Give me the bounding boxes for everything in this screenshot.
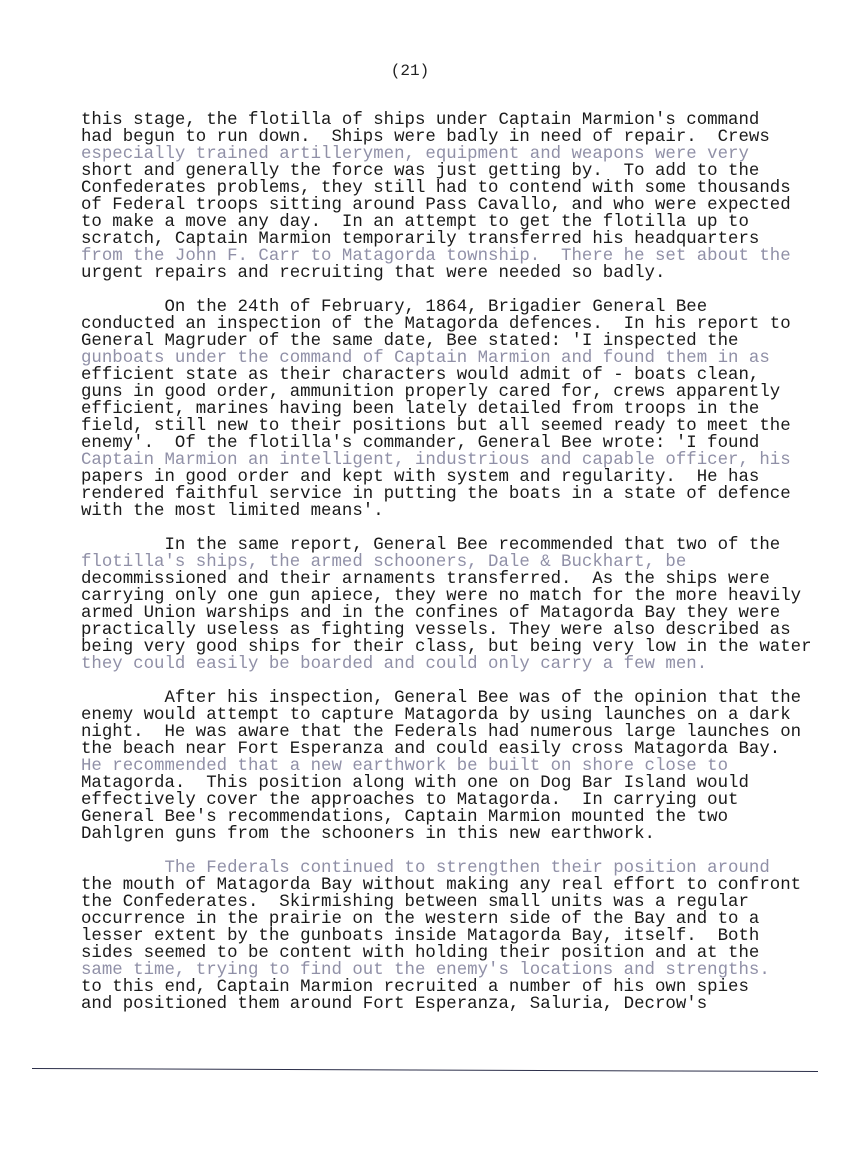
text-line: In the same report, General Bee recommen… [81, 537, 841, 554]
text-line: to this end, Captain Marmion recruited a… [81, 979, 841, 996]
text-line: Matagorda. This position along with one … [81, 775, 841, 792]
text-line: they could easily be boarded and could o… [81, 656, 841, 673]
text-line: from the John F. Carr to Matagorda towns… [81, 248, 841, 265]
text-line: He recommended that a new earthwork be b… [81, 758, 841, 775]
text-line: same time, trying to find out the enemy'… [81, 962, 841, 979]
text-line: with the most limited means'. [81, 503, 841, 520]
text-line: enemy would attempt to capture Matagorda… [81, 707, 841, 724]
paragraph-3: In the same report, General Bee recommen… [81, 537, 841, 673]
text-line: short and generally the force was just g… [81, 163, 841, 180]
paragraph-5: The Federals continued to strengthen the… [81, 860, 841, 1013]
text-line: had begun to run down. Ships were badly … [81, 129, 841, 146]
text-line: flotilla's ships, the armed schooners, D… [81, 554, 841, 571]
page-number: (21) [0, 62, 820, 80]
text-line: decommissioned and their arnaments trans… [81, 571, 841, 588]
text-line: of Federal troops sitting around Pass Ca… [81, 197, 841, 214]
text-line: General Bee's recommendations, Captain M… [81, 809, 841, 826]
text-line: The Federals continued to strengthen the… [81, 860, 841, 877]
text-line: rendered faithful service in putting the… [81, 486, 841, 503]
paragraph-2: On the 24th of February, 1864, Brigadier… [81, 299, 841, 520]
text-line: gunboats under the command of Captain Ma… [81, 350, 841, 367]
text-line: guns in good order, ammunition properly … [81, 384, 841, 401]
text-line: papers in good order and kept with syste… [81, 469, 841, 486]
text-line: sides seemed to be content with holding … [81, 945, 841, 962]
text-line: occurrence in the prairie on the western… [81, 911, 841, 928]
text-line: this stage, the flotilla of ships under … [81, 112, 841, 129]
text-line: effectively cover the approaches to Mata… [81, 792, 841, 809]
text-line: scratch, Captain Marmion temporarily tra… [81, 231, 841, 248]
text-line: the Confederates. Skirmishing between sm… [81, 894, 841, 911]
text-line: After his inspection, General Bee was of… [81, 690, 841, 707]
text-line: night. He was aware that the Federals ha… [81, 724, 841, 741]
text-line: Confederates problems, they still had to… [81, 180, 841, 197]
text-line: being very good ships for their class, b… [81, 639, 841, 656]
text-line: efficient, marines having been lately de… [81, 401, 841, 418]
text-line: the beach near Fort Esperanza and could … [81, 741, 841, 758]
text-line: to make a move any day. In an attempt to… [81, 214, 841, 231]
text-line: armed Union warships and in the confines… [81, 605, 841, 622]
paragraph-1: this stage, the flotilla of ships under … [81, 112, 841, 282]
text-line: lesser extent by the gunboats inside Mat… [81, 928, 841, 945]
text-line: General Magruder of the same date, Bee s… [81, 333, 841, 350]
text-line: carrying only one gun apiece, they were … [81, 588, 841, 605]
text-line: On the 24th of February, 1864, Brigadier… [81, 299, 841, 316]
text-line: practically useless as fighting vessels.… [81, 622, 841, 639]
text-line: efficient state as their characters woul… [81, 367, 841, 384]
paragraph-4: After his inspection, General Bee was of… [81, 690, 841, 843]
text-line: conducted an inspection of the Matagorda… [81, 316, 841, 333]
text-line: field, still new to their positions but … [81, 418, 841, 435]
document-body: this stage, the flotilla of ships under … [81, 112, 841, 1030]
text-line: and positioned them around Fort Esperanz… [81, 996, 841, 1013]
text-line: Dahlgren guns from the schooners in this… [81, 826, 841, 843]
text-line: the mouth of Matagorda Bay without makin… [81, 877, 841, 894]
text-line: urgent repairs and recruiting that were … [81, 265, 841, 282]
text-line: Captain Marmion an intelligent, industri… [81, 452, 841, 469]
text-line: especially trained artillerymen, equipme… [81, 146, 841, 163]
text-line: enemy'. Of the flotilla's commander, Gen… [81, 435, 841, 452]
footer-rule [32, 1068, 818, 1072]
